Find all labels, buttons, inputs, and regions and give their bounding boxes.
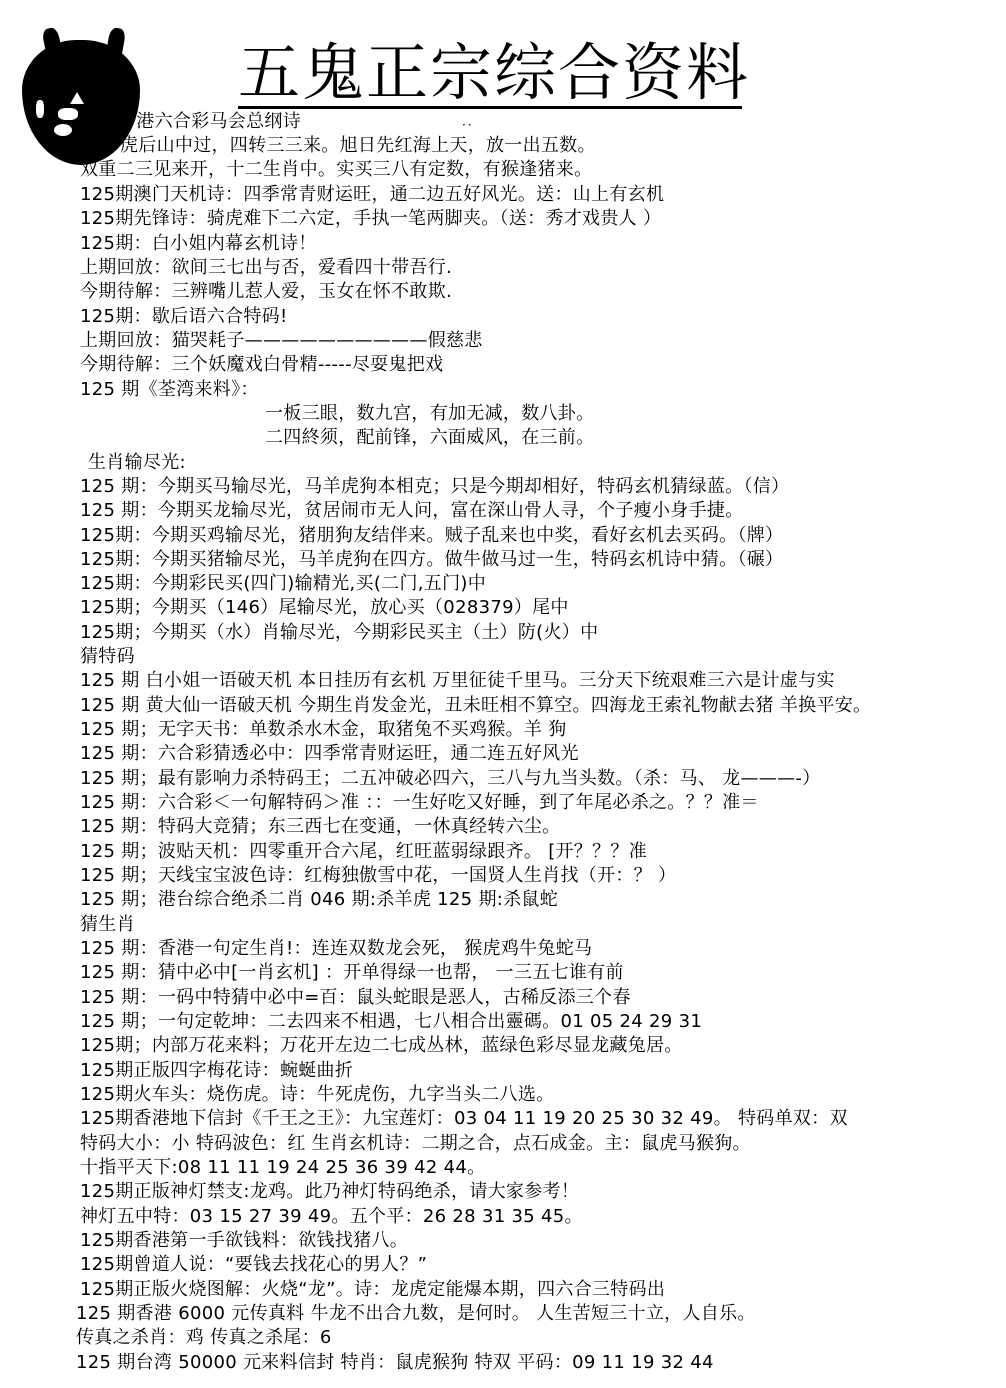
text-line: 二四終须，配前锋，六面威风，在三前。 — [265, 426, 594, 450]
text-line: 125 期台湾 50000 元来料信封 特肖：鼠虎猴狗 特双 平码：09 11 … — [76, 1351, 714, 1375]
ink-blob-highlight — [54, 124, 72, 136]
text-line: 特码大小：小 特码波色：红 生肖玄机诗：二期之合，点石成金。主：鼠虎马猴狗。 — [80, 1132, 751, 1156]
text-line: 125期香港第一手欲钱料：欲钱找猪八。 — [80, 1229, 408, 1253]
text-line: 125 期 黄大仙一语破天机 今期生肖发金光，丑未旺相不算空。四海龙王索礼物献去… — [80, 694, 871, 718]
text-line: 125期；今期买（水）肖输尽光，今期彩民买主（土）防(火）中 — [80, 621, 598, 645]
text-line: 125期：今期买猪输尽光，马羊虎狗在四方。做牛做马过一生，特码玄机诗中猜。（碾） — [80, 548, 783, 572]
text-line: 125 期：猜中必中[一肖玄机] ：开单得绿一也帮， 一三五七谁有前 — [80, 961, 624, 985]
text-line: 传真之杀肖：鸡 传真之杀尾：6 — [76, 1326, 332, 1350]
text-line: 125期香港地下信封《千王之王》：九宝莲灯：03 04 11 19 20 25 … — [80, 1107, 848, 1131]
text-line: 125 期：今期买龙输尽光，贫居闹市无人问，富在深山骨人寻，个子瘦小身手捷。 — [80, 499, 743, 523]
text-line: 125 期：特码大竞猜；东三西七在变通，一休真经转六尘。 — [80, 815, 560, 839]
text-line: 虎后山中过，四转三三来。旭日先红海上天，放一出五数。 — [120, 134, 596, 158]
text-line: 125期正版神灯禁支:龙鸡。此乃神灯特码绝杀，请大家参考！ — [80, 1180, 579, 1204]
text-line: 125 期：今期买马输尽光，马羊虎狗本相克；只是今期却相好，特码玄机猜绿蓝。（信… — [80, 475, 789, 499]
text-line: 125期；今期买（146）尾输尽光，放心买（028379）尾中 — [80, 596, 569, 620]
text-line: 125期先锋诗：骑虎难下二六定，手执一笔两脚夹。（送：秀才戏贵人 ） — [80, 207, 661, 231]
text-line: 125期正版火烧图解：火烧“龙”。诗：龙虎定能爆本期，四六合三特码出 — [80, 1278, 665, 1302]
text-line: 猜生肖 — [80, 913, 135, 937]
text-line: 香港六合彩马会总纲诗 — [118, 110, 301, 134]
text-line: 125 期 白小姐一语破天机 本日挂历有玄机 万里征徒千里马。三分天下统艰难三六… — [80, 669, 835, 693]
text-line: 125期：今期彩民买(四门)输精光,买(二门,五门)中 — [80, 572, 486, 596]
text-line: 125 期：一码中特猜中必中=百：鼠头蛇眼是恶人，古稀反添三个春 — [80, 986, 631, 1010]
text-line: 125 期香港 6000 元传真料 牛龙不出合九数，是何时。 人生苦短三十立，人… — [76, 1302, 756, 1326]
text-line: 125期：白小姐内幕玄机诗！ — [80, 232, 317, 256]
ink-blob-ear — [106, 27, 127, 57]
text-line: 一板三眼，数九宫，有加无减，数八卦。 — [265, 402, 594, 426]
text-line: 125 期；港台综合绝杀二肖 046 期:杀羊虎 125 期:杀鼠蛇 — [80, 888, 558, 912]
ink-blob-ear — [41, 27, 62, 58]
text-line: 125 期；波贴天机：四零重开合六尾，红旺蓝弱绿跟齐。 [开？？？准 — [80, 840, 647, 864]
text-line: 今期待解：三辨嘴儿惹人爱，玉女在怀不敢欺. — [80, 280, 452, 304]
page-title: 五鬼正宗综合资料 — [238, 40, 742, 109]
ink-blob-highlight — [70, 92, 84, 104]
text-line: 今期待解：三个妖魔戏白骨精-----尽耍鬼把戏 — [80, 353, 443, 377]
text-line: 125 期；天线宝宝波色诗：红梅独傲雪中花，一国贤人生肖找（开：？ ） — [80, 864, 676, 888]
text-line: 125期正版四字梅花诗：蜿蜒曲折 — [80, 1059, 353, 1083]
text-line: 上期回放：欲间三七出与否，爱看四十带吾行. — [80, 256, 452, 280]
text-line: 125 期《荃湾来料》： — [80, 378, 259, 402]
text-line: 上期回放：猫哭耗子——————————假慈悲 — [80, 329, 483, 353]
text-line: 125 期：六合彩＜一句解特码＞准 ：：一生好吃又好睡，到了年尾必杀之。？？准＝ — [80, 791, 759, 815]
text-line: 125期：今期买鸡输尽光，猪朋狗友结伴来。贼子乱来也中奖，看好玄机去买码。（牌） — [80, 524, 783, 548]
text-line: 125期：歇后语六合特码! — [80, 305, 287, 329]
ink-blob-highlight — [58, 108, 78, 120]
text-line: 神灯五中特：03 15 27 39 49。五个平：26 28 31 35 45。 — [80, 1205, 583, 1229]
text-line: 125期澳门天机诗：四季常青财运旺，通二边五好风光。送：山上有玄机 — [80, 183, 664, 207]
text-line: 125 期：六合彩猜透必中：四季常青财运旺，通二连五好风光 — [80, 742, 579, 766]
text-line: 125 期；无字天书：单数杀水木金，取猪兔不买鸡猴。羊 狗 — [80, 718, 567, 742]
text-line: 双重二三见来开，十二生肖中。实买三八有定数，有猴逢猪来。 — [80, 158, 592, 182]
text-line: 125 期；一句定乾坤：二去四来不相遇，七八相合出靈碼。01 05 24 29 … — [80, 1010, 702, 1034]
text-line: 十指平天下:08 11 11 19 24 25 36 39 42 44。 — [80, 1156, 485, 1180]
text-line: 125期；内部万花来料；万花开左边二七成丛林，蓝绿色彩尽显龙藏兔居。 — [80, 1034, 683, 1058]
text-line: 生肖输尽光: — [88, 451, 186, 475]
text-line: 125期火车头：烧伤虎。诗：牛死虎伤，九字当头二八选。 — [80, 1083, 554, 1107]
text-line: 125 期；最有影响力杀特码王；二五冲破必四六，三八与九当头数。（杀：马、 龙—… — [80, 767, 821, 791]
text-line: 猜特码 — [80, 645, 135, 669]
ink-blob-highlight — [36, 100, 44, 118]
decorative-dots: ·· — [462, 118, 474, 132]
text-line: 125期曾道人说：“要钱去找花心的男人？” — [80, 1253, 427, 1277]
text-line: 125 期：香港一句定生肖!：连连双数龙会死， 猴虎鸡牛兔蛇马 — [80, 937, 592, 961]
